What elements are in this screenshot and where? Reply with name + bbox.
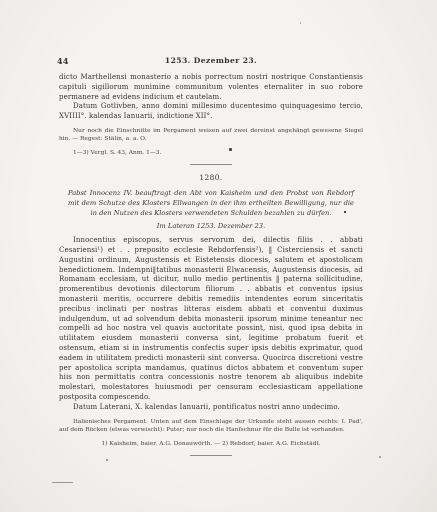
section-divider-rule	[190, 164, 232, 165]
ink-speck	[344, 211, 346, 213]
ink-speck	[379, 456, 381, 458]
running-head: 1253. Dezember 23.	[59, 56, 363, 65]
ink-speck	[300, 22, 301, 24]
entry-archival-note: Italienisches Pergament. Unten auf dem E…	[59, 418, 363, 434]
regest-summary: Pabst Innocenz IV. beauftragt den Abt vo…	[68, 189, 354, 218]
charter-body: Innocentius episcopus, servus servorum d…	[59, 236, 363, 403]
previous-entry-archival-note: Nur noch die Einschnitte im Pergament we…	[59, 127, 363, 143]
previous-entry-footnote: 1—3) Vergl. S. 43, Anm. 1—3.	[59, 149, 363, 157]
ink-speck	[229, 148, 232, 151]
entry-dateline: Im Lateran 1253. Dezember 23.	[59, 222, 363, 230]
end-divider-rule	[190, 455, 232, 456]
text-block: 44 1253. Dezember 23. dicto Marthellensi…	[59, 56, 363, 456]
page-header: 44 1253. Dezember 23.	[59, 56, 363, 69]
previous-entry-datum: Datum Gotlivben, anno domini millesimo d…	[59, 102, 363, 122]
entry-footnote: 1) Kaisheim, baier. A.G. Donauwörth. — 2…	[59, 440, 363, 448]
entry-datum: Datum Laterani, X. kalendas Ianuarii, po…	[59, 403, 363, 413]
scanned-book-page: 44 1253. Dezember 23. dicto Marthellensi…	[0, 0, 437, 512]
scan-artifact-line	[52, 482, 73, 483]
previous-entry-continuation: dicto Marthellensi monasterio a nobis po…	[59, 73, 363, 102]
ink-speck	[106, 459, 108, 461]
entry-number: 1280.	[59, 173, 363, 182]
page-number: 44	[57, 56, 69, 66]
